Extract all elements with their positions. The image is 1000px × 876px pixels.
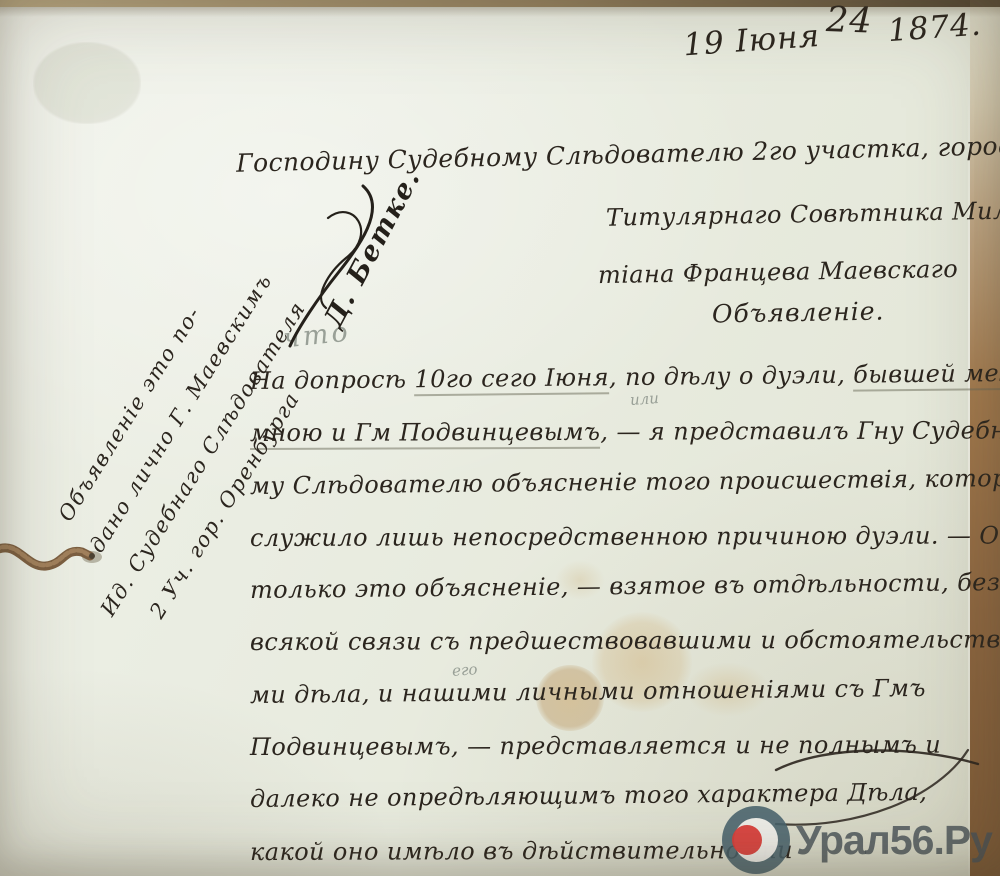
- site-watermark: Урал56.Ру: [722, 806, 992, 874]
- date-inserted-day: 24: [825, 0, 873, 42]
- underlined-text: 10го сего Іюня: [414, 363, 609, 396]
- handwritten-text: какой оно имѣло въ дѣйствительности: [250, 836, 793, 866]
- handwritten-text: служило лишь непосредственною причиною д…: [250, 521, 1000, 552]
- underlined-text: мною и Гм Подвинцевымъ: [250, 418, 601, 450]
- document-title: Объявленіе.: [712, 296, 885, 328]
- underlined-text: бывшей между: [853, 359, 1000, 392]
- handwritten-text: только это объясненіе, — взятое въ отдѣл…: [250, 568, 1000, 604]
- manuscript-line: только это объясненіе, — взятое въ отдѣл…: [250, 556, 991, 616]
- manuscript-line: На допросѣ 10го сего Іюня, по дѣлу о дуэ…: [250, 347, 991, 407]
- handwritten-text: всякой связи съ предшествовавшими и обст…: [250, 626, 1000, 657]
- handwritten-text: му Слѣдователю объясненіе того происшест…: [250, 463, 1000, 499]
- manuscript-photo: 19 Іюня 24 1874. Господину Судебному Слѣ…: [0, 0, 1000, 876]
- addressee-line-3: тіана Францева Маевскаго: [598, 255, 958, 289]
- addressee-line-2: Титулярнаго Совѣтника Миль-: [606, 196, 1000, 231]
- addressee-line-1: Господину Судебному Слѣдователю 2го учас…: [236, 127, 1000, 177]
- manuscript-line: мною и Гм Подвинцевымъ, — я представилъ …: [250, 405, 990, 460]
- blind-stamp-emboss: [33, 42, 141, 124]
- pencil-note-ego: его: [451, 660, 478, 680]
- manuscript-line: всякой связи съ предшествовавшими и обст…: [250, 614, 990, 669]
- handwritten-text: ми дѣла, и нашими личными отношеніями съ…: [250, 674, 926, 709]
- date-day-month: 19 Іюня: [682, 18, 821, 63]
- manuscript-line: ми дѣла, и нашими личными отношеніями съ…: [250, 661, 991, 721]
- signature-flourish-icon: [268, 178, 418, 353]
- target-circle-logo-icon: [722, 806, 790, 874]
- handwritten-text: , по дѣлу о дуэли,: [609, 361, 854, 392]
- logo-red-dot: [732, 825, 762, 855]
- pencil-note-ili: или: [629, 389, 659, 409]
- date-year: 1874.: [887, 7, 983, 49]
- watermark-text: Урал56.Ру: [796, 817, 992, 864]
- twine-string: [0, 512, 115, 602]
- manuscript-line: му Слѣдователю объясненіе того происшест…: [250, 452, 991, 512]
- handwritten-text: , — я представилъ Гну Судебно-: [600, 417, 1000, 446]
- manuscript-line: служило лишь непосредственною причиною д…: [250, 509, 990, 564]
